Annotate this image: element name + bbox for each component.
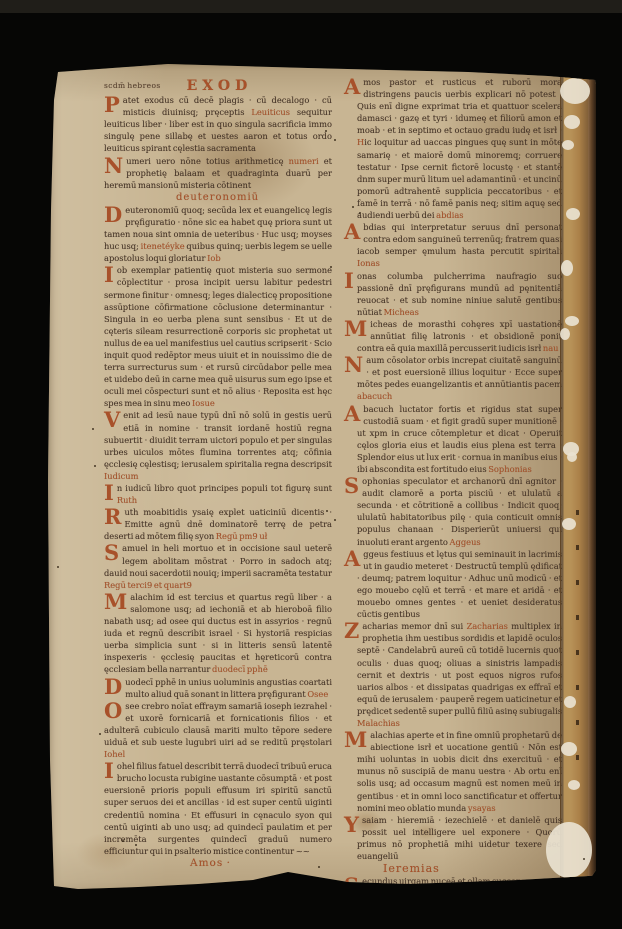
illuminated-initial: D <box>104 204 125 227</box>
left-column-text: Patet exodus cū decē plagis · cū decalog… <box>104 94 332 870</box>
illuminated-initial: N <box>344 354 366 377</box>
body-text: ohel filius fatuel describit terrā duode… <box>104 761 332 856</box>
prick-hole <box>94 465 96 467</box>
text-block: Iob exemplar patientię quot misteria suo… <box>104 264 332 409</box>
text-block: Ionas columba pulcherrima naufragio suo … <box>357 270 562 318</box>
body-text: alachias aperte et in fine omniū prophet… <box>357 730 562 813</box>
illuminated-initial: M <box>104 591 130 614</box>
rubric: Iob <box>207 253 221 263</box>
text-block: Duodecī pphē in unius uoluminis angustia… <box>104 676 332 700</box>
illuminated-initial: Z <box>344 620 362 643</box>
illuminated-initial: A <box>344 403 363 426</box>
prick-hole <box>359 212 361 214</box>
rubric: numeri <box>289 156 319 166</box>
prick-hole <box>352 206 354 208</box>
body-text: aum cōsolator orbis increpat ciuitatē sa… <box>357 355 562 389</box>
text-block: Ruth moabitidis ysaię explet uaticiniū d… <box>104 506 332 542</box>
body-text: bdias qui interpretatur seruus dnī perso… <box>357 222 562 256</box>
running-title: EXOD <box>187 80 253 92</box>
rubric: Regū pm9 uł <box>216 531 268 541</box>
body-text: alachim id est tercius et quartus regū l… <box>104 592 332 675</box>
illuminated-initial: A <box>344 76 363 99</box>
illuminated-initial: M <box>344 318 370 341</box>
repair-patch <box>564 696 576 708</box>
binding-edge <box>560 72 589 880</box>
text-block: Micheas de morasthi cohęres xpī uastatio… <box>357 318 562 354</box>
binding-stitches <box>576 480 579 765</box>
text-block: Abacuch luctator fortis et rigidus stat … <box>357 403 562 476</box>
repair-patch <box>560 78 590 104</box>
text-block: Deuteronomiū quoq; secūda lex et euangel… <box>104 204 332 264</box>
rubric: Sophonias <box>488 464 532 474</box>
repair-patch <box>564 115 580 129</box>
text-block: Secundus uirgam nuceā et ollam succensam <box>357 875 562 887</box>
rubric: Leuiticus <box>251 107 290 117</box>
body-text: ecundus uirgam nuceā et ollam succensam <box>362 876 538 886</box>
illuminated-initial: S <box>344 475 362 498</box>
text-block: Iohel filius fatuel describit terrā duod… <box>104 760 332 857</box>
rubric: nau <box>543 343 559 353</box>
prick-hole <box>122 840 124 842</box>
rubric: itenetéyke <box>141 241 185 251</box>
prick-hole <box>540 879 542 881</box>
illuminated-initial: S <box>104 542 122 565</box>
rubric: duodecī pphē <box>212 664 268 674</box>
rubric-heading: Amos · <box>190 857 332 870</box>
illuminated-initial: S <box>344 875 362 898</box>
prick-hole <box>57 566 59 568</box>
photo-light-band <box>0 0 622 13</box>
rubric: Aggeus <box>450 537 481 547</box>
illuminated-initial: P <box>104 94 123 117</box>
body-text: uodecī pphē in unius uoluminis angustias… <box>125 677 332 699</box>
text-column-right: Amos pastor et rusticus et ruborū mora d… <box>344 76 562 898</box>
text-block: Osee crebro noīat effraym samariā ioseph… <box>104 700 332 760</box>
text-block: Aggeus festiuus et lętus qui seminauit i… <box>357 548 562 621</box>
illuminated-initial: A <box>344 548 363 571</box>
rubric: Ruth <box>117 495 137 505</box>
prick-hole <box>326 510 328 512</box>
repair-patch <box>562 140 574 150</box>
text-block: Samuel in heli mortuo et in occisione sa… <box>104 542 332 590</box>
body-text: icheas de morasthi cohęres xpī uastation… <box>357 319 562 353</box>
text-block: Patet exodus cū decē plagis · cū decalog… <box>104 94 332 154</box>
illuminated-initial: I <box>104 760 117 783</box>
prick-hole <box>92 428 94 430</box>
body-text: mos pastor et rusticus et ruborū mora di… <box>357 77 562 135</box>
text-block: Abdias qui interpretatur seruus dnī pers… <box>357 221 562 269</box>
body-text: acharias memor dnī sui <box>362 621 466 631</box>
rubric: abacuch <box>357 391 392 401</box>
prick-hole <box>325 130 327 132</box>
rubric-heading: Ieremias <box>383 862 562 875</box>
text-block: Naum cōsolator orbis increpat ciuitatē s… <box>357 354 562 402</box>
prick-hole <box>583 858 585 860</box>
body-text: ob exemplar patientię quot misteria suo … <box>104 265 332 408</box>
text-block: In iudicū libro quot principes populi to… <box>104 482 332 506</box>
text-block: Malachias aperte et in fine omniū prophe… <box>357 729 562 814</box>
text-block: Zacharias memor dnī sui Zacharias multip… <box>357 620 562 729</box>
rubric: Zacharias <box>466 621 507 631</box>
repair-patch <box>561 742 577 756</box>
body-text: ggeus festiuus et lętus qui seminauit in… <box>357 549 562 619</box>
body-text: ic loquitur ad uaccas pingues quę sunt i… <box>357 137 562 220</box>
body-text: see crebro noīat effraym samariā ioseph … <box>104 701 332 747</box>
illuminated-initial: N <box>104 155 126 178</box>
repair-patch <box>546 822 592 878</box>
rubric: Iohel <box>104 749 125 759</box>
repair-patch <box>562 518 576 530</box>
manuscript-page: scdm̄ hebreos EXOD Patet exodus cū decē … <box>48 60 596 892</box>
text-block: Venit ad iesū naue typū dnī nō solū in g… <box>104 409 332 482</box>
board-edge <box>588 72 596 880</box>
rubric: Ionas <box>357 258 380 268</box>
repair-patch <box>566 208 580 220</box>
text-block: Amos pastor et rusticus et ruborū mora d… <box>357 76 562 221</box>
body-text: multiplex in prophetia ihm uestibus sord… <box>357 621 562 716</box>
repair-patch <box>567 452 577 462</box>
illuminated-initial: Y <box>344 814 362 837</box>
manuscript-photo: scdm̄ hebreos EXOD Patet exodus cū decē … <box>0 0 622 929</box>
body-text: umeri uero nōne totius arithmeticę <box>126 156 288 166</box>
body-text: enit ad iesū naue typū dnī nō solū in ge… <box>104 410 332 468</box>
illuminated-initial: I <box>104 482 117 505</box>
rubric-heading: deuteronomiū <box>176 191 332 204</box>
rubric: Regū terci9 et quart9 <box>104 580 192 590</box>
illuminated-initial: O <box>104 700 125 723</box>
body-text: amuel in heli mortuo et in occisione sau… <box>104 543 332 577</box>
rubric: Iosue <box>192 398 215 408</box>
prick-hole <box>330 266 332 268</box>
prick-hole <box>334 139 336 141</box>
body-text: n iudicū libro quot principes populi tot… <box>117 483 332 493</box>
prick-hole <box>334 519 336 521</box>
repair-patch <box>568 780 580 790</box>
body-text: saiam · hieremiā · iezechielē · et danie… <box>357 815 562 861</box>
prick-hole <box>99 733 101 735</box>
illuminated-initial: A <box>344 221 363 244</box>
rubric: Osee <box>307 689 328 699</box>
rubric: ysayas <box>468 803 496 813</box>
rubric: Micheas <box>384 307 419 317</box>
text-block: Ysaiam · hieremiā · iezechielē · et dani… <box>357 814 562 862</box>
right-column-text: Amos pastor et rusticus et ruborū mora d… <box>357 76 562 887</box>
text-column-left: scdm̄ hebreos EXOD Patet exodus cū decē … <box>104 80 332 870</box>
text-block: Sophonias speculator et archanorū dnī ag… <box>357 475 562 548</box>
illuminated-initial: I <box>344 270 357 293</box>
column-header: scdm̄ hebreos EXOD <box>104 80 332 92</box>
rubric: abdias <box>436 210 463 220</box>
illuminated-initial: R <box>104 506 124 529</box>
illuminated-initial: M <box>344 729 370 752</box>
prick-hole <box>135 844 137 846</box>
rubric: Malachias <box>357 718 400 728</box>
illuminated-initial: I <box>104 264 117 287</box>
rubric: Iudicum <box>104 471 138 481</box>
text-block: Numeri uero nōne totius arithmeticę nume… <box>104 155 332 191</box>
marginal-gloss: scdm̄ hebreos <box>104 80 161 92</box>
repair-patch <box>560 328 570 340</box>
illuminated-initial: D <box>104 676 125 699</box>
repair-patch <box>565 316 579 326</box>
text-block: Malachim id est tercius et quartus regū … <box>104 591 332 676</box>
illuminated-initial: V <box>104 409 123 432</box>
prick-hole <box>318 866 320 868</box>
repair-patch <box>561 260 573 276</box>
